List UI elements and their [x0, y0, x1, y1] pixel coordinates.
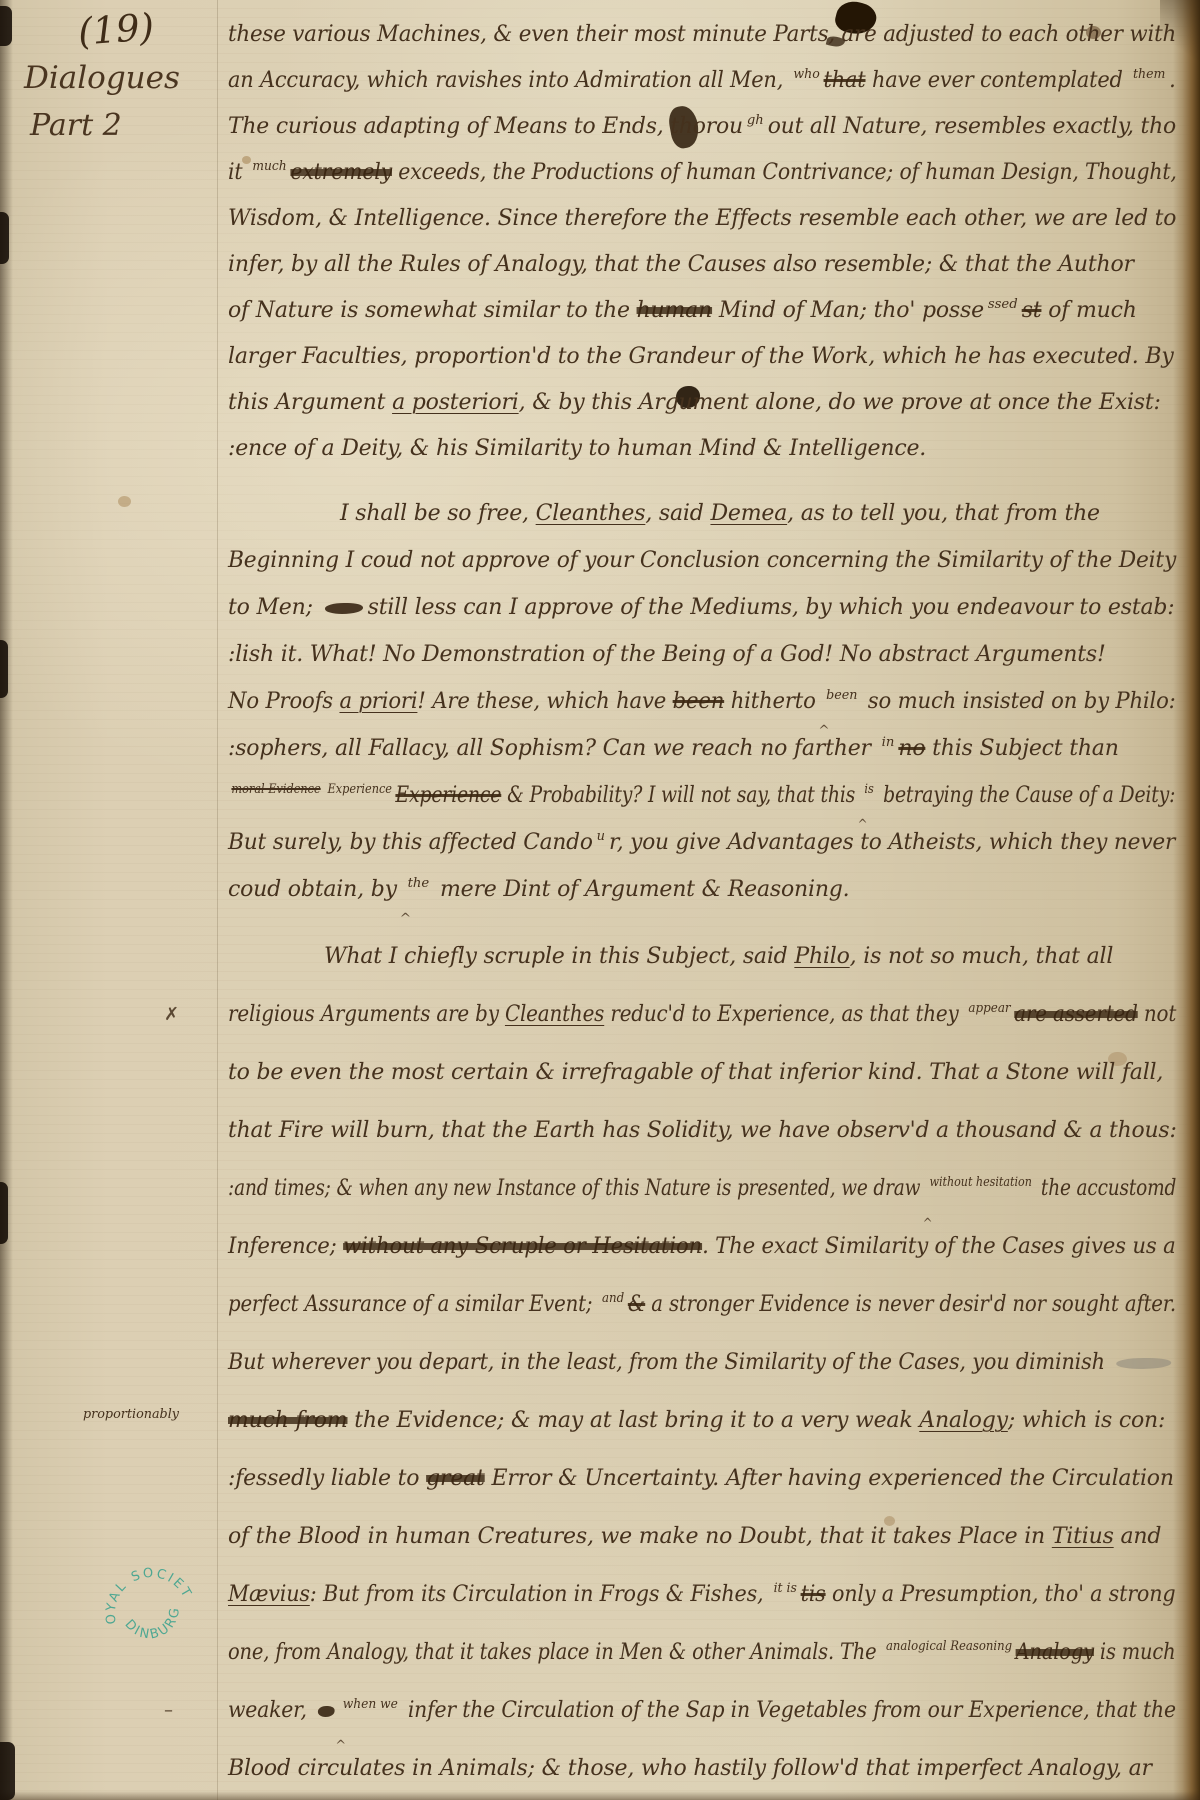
manuscript-text: :and times; & when any new Instance of t…: [228, 1176, 926, 1201]
inserted-text: the: [408, 876, 430, 891]
inserted-text: been: [826, 688, 857, 703]
inserted-text: without hesitation: [929, 1175, 1031, 1190]
manuscript-line: Wisdom, & Intelligence. Since therefore …: [228, 196, 1176, 242]
margin-part: Part 2: [30, 108, 122, 143]
manuscript-line: proportionablymuch from the Evidence; & …: [228, 1392, 1176, 1450]
manuscript-text: r, you give Advantages to Atheists, whic…: [609, 830, 1175, 855]
manuscript-text: , as to tell you, that from the: [787, 501, 1100, 526]
underlined-text: Cleanthes: [536, 501, 646, 526]
manuscript-text: of the Blood in human Creatures, we make…: [228, 1524, 1052, 1549]
manuscript-text: . The exact Similarity of the Cases give…: [702, 1234, 1176, 1259]
binding-edge: [1173, 0, 1200, 1800]
manuscript-line: it muchextremely exceeds, the Production…: [228, 150, 1176, 196]
manuscript-text: Mind of Man; tho' posse: [712, 298, 984, 323]
manuscript-text: an Accuracy, which ravishes into Admirat…: [228, 68, 790, 93]
manuscript-text: Beginning I coud not approve of your Con…: [228, 548, 1176, 573]
manuscript-line: to Men; still less can I approve of the …: [228, 584, 1176, 631]
struck-text: great: [426, 1466, 485, 1491]
stamp-text-top: ROYAL SOCIETY: [88, 1548, 195, 1631]
manuscript-text: But surely, by this affected Cando: [228, 830, 593, 855]
scratched-out-word: [1116, 1358, 1171, 1369]
manuscript-line: of the Blood in human Creatures, we make…: [228, 1508, 1176, 1566]
manuscript-text: , said: [645, 501, 710, 526]
inserted-text: appear: [968, 1001, 1010, 1016]
manuscript-text: mere Dint of Argument & Reasoning.: [433, 877, 849, 902]
manuscript-line: coud obtain, by the mere Dint of Argumen…: [228, 866, 1176, 913]
margin-title: Dialogues: [24, 60, 180, 96]
manuscript-text: , is not so much, that all: [850, 944, 1114, 969]
underlined-text: Mævius: [228, 1582, 310, 1607]
inserted-text: is: [864, 782, 873, 797]
manuscript-text: No Proofs: [228, 689, 339, 714]
fox-spot: [118, 496, 131, 507]
manuscript-line: :sophers, all Fallacy, all Sophism? Can …: [228, 725, 1176, 772]
manuscript-text: & Probability? I will not say, that this: [501, 783, 861, 808]
manuscript-text: Error & Uncertainty. After having experi…: [485, 1466, 1174, 1491]
manuscript-line: I shall be so free, Cleanthes, said Deme…: [228, 490, 1176, 537]
struck-text: &: [628, 1292, 645, 1317]
manuscript-text: But wherever you depart, in the least, f…: [228, 1350, 1111, 1375]
manuscript-text: the accustomd: [1035, 1176, 1176, 1201]
margin-rule: [217, 0, 218, 1800]
inserted-text: proportionably: [83, 1386, 179, 1444]
manuscript-line: :fessedly liable to great Error & Uncert…: [228, 1450, 1176, 1508]
underlined-text: a posteriori: [392, 390, 519, 415]
manuscript-text: to be even the most certain & irrefragab…: [228, 1060, 1163, 1085]
paragraph: these various Machines, & even their mos…: [228, 12, 1176, 472]
paragraph: I shall be so free, Cleanthes, said Deme…: [228, 490, 1176, 913]
struck-text: st: [1022, 298, 1042, 323]
struck-text: tis: [801, 1582, 826, 1607]
manuscript-line: What I chiefly scruple in this Subject, …: [228, 928, 1176, 986]
inserted-text: much: [252, 159, 286, 174]
manuscript-line: to be even the most certain & irrefragab…: [228, 1044, 1176, 1102]
manuscript-line: Blood circulates in Animals; & those, wh…: [228, 1740, 1176, 1798]
manuscript-text: only a Presumption, tho' a strong: [826, 1582, 1176, 1607]
struck-text: that: [824, 68, 866, 93]
manuscript-text: Blood circulates in Animals; & those, wh…: [228, 1756, 1152, 1781]
struck-text: extremely: [290, 160, 392, 185]
manuscript-line: :and times; & when any new Instance of t…: [228, 1160, 1176, 1218]
inserted-text: it is: [774, 1581, 797, 1596]
manuscript-text: :sophers, all Fallacy, all Sophism? Can …: [228, 736, 878, 761]
struck-text: been: [673, 689, 725, 714]
manuscript-text: coud obtain, by: [228, 877, 404, 902]
manuscript-text: this Argument: [228, 390, 392, 415]
manuscript-line: But surely, by this affected Candour, yo…: [228, 819, 1176, 866]
manuscript-text: have ever contemplated: [866, 68, 1130, 93]
manuscript-line: But wherever you depart, in the least, f…: [228, 1334, 1176, 1392]
manuscript-line: moral EvidenceExperienceExperience & Pro…: [228, 772, 1176, 819]
margin-mark: –: [164, 1682, 173, 1740]
manuscript-text: of Nature is somewhat similar to the: [228, 298, 637, 323]
inserted-text: when we: [343, 1697, 398, 1712]
underlined-text: Cleanthes: [505, 1002, 604, 1027]
manuscript-line: Inference; without any Scruple or Hesita…: [228, 1218, 1176, 1276]
manuscript-text: Inference;: [228, 1234, 343, 1259]
manuscript-text: :lish it. What! No Demonstration of the …: [228, 642, 1106, 667]
royal-society-stamp: ROYAL SOCIETY EDINBURGH: [88, 1548, 211, 1671]
struck-text: Analogy: [1016, 1640, 1094, 1665]
manuscript-text: it: [228, 160, 249, 185]
manuscript-line: that Fire will burn, that the Earth has …: [228, 1102, 1176, 1160]
manuscript-text: is much: [1094, 1640, 1176, 1665]
manuscript-text: religious Arguments are by: [228, 1002, 505, 1027]
underlined-text: Demea: [710, 501, 787, 526]
manuscript-text: betraying the Cause of a Deity:: [877, 783, 1175, 808]
manuscript-text: What I chiefly scruple in this Subject, …: [324, 944, 794, 969]
manuscript-line: infer, by all the Rules of Analogy, that…: [228, 242, 1176, 288]
manuscript-line: :ence of a Deity, & his Similarity to hu…: [228, 426, 1176, 472]
manuscript-page: (19) Dialogues Part 2 these various Mach…: [0, 0, 1200, 1800]
manuscript-text: weaker,: [228, 1698, 313, 1723]
manuscript-text: perfect Assurance of a similar Event;: [228, 1292, 598, 1317]
struck-text: much from: [228, 1408, 347, 1433]
manuscript-line: perfect Assurance of a similar Event; an…: [228, 1276, 1176, 1334]
struck-text: without any Scruple or Hesitation: [343, 1234, 702, 1259]
paragraph: What I chiefly scruple in this Subject, …: [228, 928, 1176, 1798]
inserted-text: Experience: [328, 782, 392, 797]
margin-mark: ✗: [164, 986, 179, 1044]
manuscript-line: :lish it. What! No Demonstration of the …: [228, 631, 1176, 678]
scratched-out-word: [318, 1706, 335, 1717]
manuscript-line: this Argument a posteriori, & by this Ar…: [228, 380, 1176, 426]
struck-text: are asserted: [1014, 1002, 1137, 1027]
manuscript-line: of Nature is somewhat similar to the hum…: [228, 288, 1176, 334]
manuscript-text: :fessedly liable to: [228, 1466, 426, 1491]
underlined-text: Analogy: [919, 1408, 1008, 1433]
struck-text: no: [898, 736, 925, 761]
manuscript-text: reduc'd to Experience, as that they: [604, 1002, 965, 1027]
manuscript-text: out all Nature, resembles exactly, tho: [768, 114, 1176, 139]
inserted-text: who: [793, 67, 819, 82]
manuscript-line: –weaker, when we infer the Circulation o…: [228, 1682, 1176, 1740]
manuscript-text: this Subject than: [925, 736, 1118, 761]
manuscript-line: these various Machines, & even their mos…: [228, 12, 1176, 58]
text-block: these various Machines, & even their mos…: [228, 12, 1176, 1798]
manuscript-text: ! Are these, which have: [417, 689, 672, 714]
manuscript-text: one, from Analogy, that it takes place i…: [228, 1640, 882, 1665]
manuscript-text: still less can I approve of the Mediums,…: [368, 595, 1175, 620]
underlined-text: a priori: [339, 689, 417, 714]
page-edge-left: [0, 0, 13, 1800]
manuscript-text: to Men;: [228, 595, 320, 620]
manuscript-line: The curious adapting of Means to Ends, t…: [228, 104, 1176, 150]
inserted-text: moral Evidence: [231, 782, 320, 797]
manuscript-line: larger Faculties, proportion'd to the Gr…: [228, 334, 1176, 380]
manuscript-text: infer the Circulation of the Sap in Vege…: [402, 1698, 1176, 1723]
manuscript-line: Beginning I coud not approve of your Con…: [228, 537, 1176, 584]
page-edge-tear: [0, 640, 8, 698]
manuscript-text: and: [1114, 1524, 1162, 1549]
manuscript-line: ✗religious Arguments are by Cleanthes re…: [228, 986, 1176, 1044]
manuscript-text: exceeds, the Productions of human Contri…: [392, 160, 1177, 185]
inserted-text: u: [597, 829, 605, 844]
manuscript-text: the Evidence; & may at last bring it to …: [347, 1408, 919, 1433]
manuscript-text: hitherto: [724, 689, 822, 714]
underlined-text: Titius: [1052, 1524, 1114, 1549]
struck-text: Experience: [395, 783, 501, 808]
manuscript-line: Mævius: But from its Circulation in Frog…: [228, 1566, 1176, 1624]
stamp-text-bottom: EDINBURGH: [88, 1548, 191, 1659]
manuscript-text: Wisdom, & Intelligence. Since therefore …: [228, 206, 1176, 231]
manuscript-text: larger Faculties, proportion'd to the Gr…: [228, 344, 1174, 369]
manuscript-text: ; which is con:: [1008, 1408, 1165, 1433]
manuscript-text: that Fire will burn, that the Earth has …: [228, 1118, 1177, 1143]
inserted-text: and: [602, 1291, 624, 1306]
manuscript-line: No Proofs a priori! Are these, which hav…: [228, 678, 1176, 725]
manuscript-line: one, from Analogy, that it takes place i…: [228, 1624, 1176, 1682]
page-edge-tear: [0, 6, 12, 46]
page-edge-tear: [0, 1742, 15, 1800]
manuscript-text: , & by this Argument alone, do we prove …: [519, 390, 1161, 415]
inserted-text: in: [882, 735, 895, 750]
inserted-text: analogical Reasoning: [886, 1639, 1012, 1654]
manuscript-text: The curious adapting of Means to Ends, t…: [228, 114, 743, 139]
underlined-text: Philo: [794, 944, 849, 969]
manuscript-text: :ence of a Deity, & his Similarity to hu…: [228, 436, 926, 461]
page-number: (19): [77, 5, 156, 53]
manuscript-text: so much insisted on by Philo:: [861, 689, 1175, 714]
page-edge-tear: [0, 1182, 8, 1244]
inserted-text: gh: [747, 113, 764, 128]
page-edge-tear: [0, 212, 9, 264]
struck-text: human: [637, 298, 713, 323]
manuscript-text: of much: [1041, 298, 1136, 323]
inserted-text: them: [1133, 67, 1165, 82]
manuscript-text: .: [1169, 68, 1175, 93]
manuscript-text: a stronger Evidence is never desir'd nor…: [645, 1292, 1176, 1317]
manuscript-text: : But from its Circulation in Frogs & Fi…: [310, 1582, 770, 1607]
inserted-text: ssed: [988, 297, 1018, 312]
manuscript-text: I shall be so free,: [340, 501, 536, 526]
manuscript-line: an Accuracy, which ravishes into Admirat…: [228, 58, 1176, 104]
manuscript-text: these various Machines, & even their mos…: [228, 22, 1176, 47]
manuscript-text: not: [1138, 1002, 1176, 1027]
manuscript-text: infer, by all the Rules of Analogy, that…: [228, 252, 1134, 277]
scratched-out-word: [325, 603, 363, 614]
